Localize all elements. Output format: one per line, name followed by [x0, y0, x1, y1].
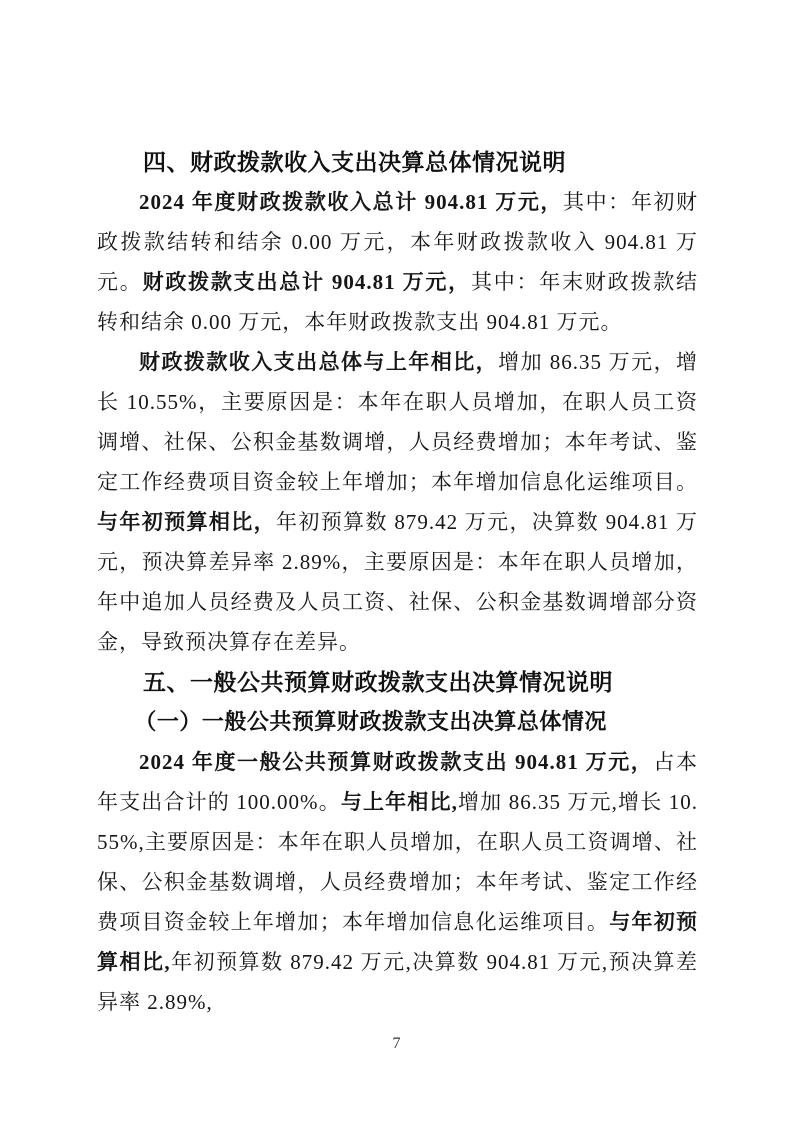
page-number: 7	[0, 1032, 793, 1056]
section-4-paragraph-1: 2024 年度财政拨款收入总计 904.81 万元，其中：年初财政拨款结转和结余…	[97, 182, 698, 342]
section-4-paragraph-2: 财政拨款收入支出总体与上年相比，增加 86.35 万元，增长 10.55%，主要…	[97, 342, 698, 662]
text-run: 2024 年度财政拨款收入总计 904.81 万元，	[139, 190, 563, 214]
text-run: 财政拨款收入支出总体与上年相比，	[139, 350, 498, 374]
page-content: 四、财政拨款收入支出决算总体情况说明 2024 年度财政拨款收入总计 904.8…	[97, 142, 698, 1022]
section-5-subheading: （一）一般公共预算财政拨款支出决算总体情况	[97, 702, 698, 742]
text-run: 与年初预算相比，	[97, 510, 276, 534]
section-5-heading: 五、一般公共预算财政拨款支出决算情况说明	[97, 662, 698, 702]
text-run: 与上年相比,	[341, 790, 458, 814]
section-5-paragraph-1: 2024 年度一般公共预算财政拨款支出 904.81 万元，占本年支出合计的 1…	[97, 742, 698, 1022]
document-page: 四、财政拨款收入支出决算总体情况说明 2024 年度财政拨款收入总计 904.8…	[0, 0, 793, 1122]
text-run: 年初预算数 879.42 万元,决算数 904.81 万元,预决算差异率 2.8…	[97, 950, 698, 1014]
text-run: 2024 年度一般公共预算财政拨款支出 904.81 万元，	[139, 750, 653, 774]
section-4-heading: 四、财政拨款收入支出决算总体情况说明	[97, 142, 698, 182]
text-run: 财政拨款支出总计 904.81 万元，	[143, 270, 471, 294]
